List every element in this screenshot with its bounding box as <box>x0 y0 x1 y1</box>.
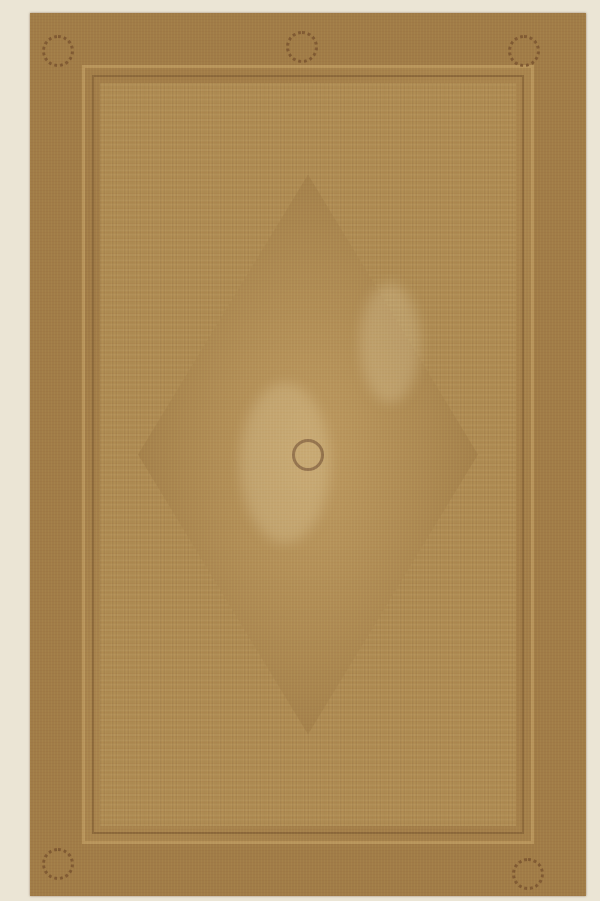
rug <box>30 13 586 896</box>
weave-texture <box>30 13 586 896</box>
